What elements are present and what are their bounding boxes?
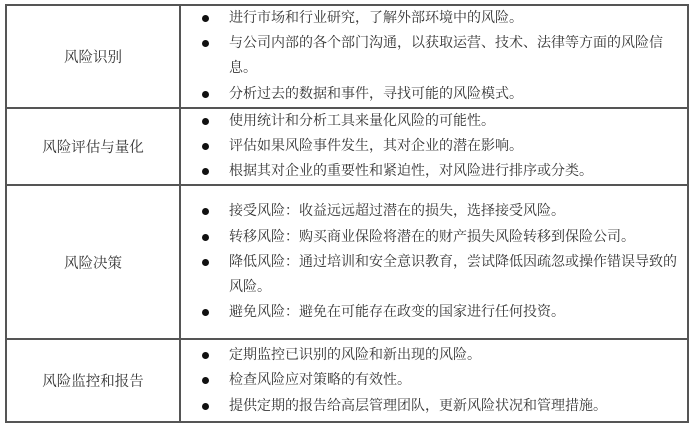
list-item: 提供定期的报告给高层管理团队，更新风险状况和管理措施。: [181, 394, 687, 419]
stage-items: 使用统计和分析工具来量化风险的可能性。 评估如果风险事件发生，其对企业的潜在影响…: [180, 108, 688, 186]
bullet-icon: [202, 15, 209, 22]
stage-label: 风险监控和报告: [6, 339, 180, 422]
list-item: 转移风险：购买商业保险将潜在的财产损失风险转移到保险公司。: [181, 225, 687, 250]
bullet-icon: [202, 377, 209, 384]
table-row: 风险决策 接受风险：收益远远超过潜在的损失，选择接受风险。 转移风险：购买商业保…: [6, 185, 688, 339]
bullet-icon: [202, 208, 209, 215]
list-item-text: 评估如果风险事件发生，其对企业的潜在影响。: [229, 138, 523, 154]
bullet-icon: [202, 234, 209, 241]
list-item: 定期监控已识别的风险和新出现的风险。: [181, 343, 687, 368]
bullet-icon: [202, 168, 209, 175]
stage-label: 风险评估与量化: [6, 108, 180, 186]
list-item: 避免风险：避免在可能存在政变的国家进行任何投资。: [181, 300, 687, 325]
bullet-list: 接受风险：收益远远超过潜在的损失，选择接受风险。 转移风险：购买商业保险将潜在的…: [181, 199, 687, 325]
bullet-icon: [202, 352, 209, 359]
list-item-text: 定期监控已识别的风险和新出现的风险。: [229, 347, 481, 363]
list-item-text: 避免风险：避免在可能存在政变的国家进行任何投资。: [229, 304, 565, 320]
risk-management-table: 风险识别 进行市场和行业研究，了解外部环境中的风险。 与公司内部的各个部门沟通，…: [5, 4, 689, 423]
bullet-list: 定期监控已识别的风险和新出现的风险。 检查风险应对策略的有效性。 提供定期的报告…: [181, 343, 687, 419]
table-row: 风险评估与量化 使用统计和分析工具来量化风险的可能性。 评估如果风险事件发生，其…: [6, 108, 688, 186]
list-item: 进行市场和行业研究，了解外部环境中的风险。: [181, 6, 687, 31]
list-item-text: 降低风险：通过培训和安全意识教育，尝试降低因疏忽或操作错误导致的风险。: [229, 254, 677, 295]
list-item: 降低风险：通过培训和安全意识教育，尝试降低因疏忽或操作错误导致的风险。: [181, 250, 687, 300]
list-item: 与公司内部的各个部门沟通，以获取运营、技术、法律等方面的风险信息。: [181, 31, 687, 81]
list-item-text: 接受风险：收益远远超过潜在的损失，选择接受风险。: [229, 203, 565, 219]
list-item-text: 分析过去的数据和事件，寻找可能的风险模式。: [229, 86, 523, 102]
list-item-text: 转移风险：购买商业保险将潜在的财产损失风险转移到保险公司。: [229, 229, 635, 245]
stage-label: 风险识别: [6, 5, 180, 108]
bullet-icon: [202, 143, 209, 150]
stage-items: 进行市场和行业研究，了解外部环境中的风险。 与公司内部的各个部门沟通，以获取运营…: [180, 5, 688, 108]
bullet-icon: [202, 309, 209, 316]
list-item: 分析过去的数据和事件，寻找可能的风险模式。: [181, 82, 687, 107]
stage-items: 接受风险：收益远远超过潜在的损失，选择接受风险。 转移风险：购买商业保险将潜在的…: [180, 185, 688, 339]
list-item-text: 提供定期的报告给高层管理团队，更新风险状况和管理措施。: [229, 398, 607, 414]
list-item-text: 检查风险应对策略的有效性。: [229, 372, 411, 388]
list-item: 根据其对企业的重要性和紧迫性，对风险进行排序或分类。: [181, 159, 687, 184]
stage-label: 风险决策: [6, 185, 180, 339]
list-item: 检查风险应对策略的有效性。: [181, 368, 687, 393]
list-item-text: 使用统计和分析工具来量化风险的可能性。: [229, 113, 495, 129]
stage-items: 定期监控已识别的风险和新出现的风险。 检查风险应对策略的有效性。 提供定期的报告…: [180, 339, 688, 422]
table-row: 风险监控和报告 定期监控已识别的风险和新出现的风险。 检查风险应对策略的有效性。…: [6, 339, 688, 422]
bullet-icon: [202, 118, 209, 125]
table-row: 风险识别 进行市场和行业研究，了解外部环境中的风险。 与公司内部的各个部门沟通，…: [6, 5, 688, 108]
list-item-text: 根据其对企业的重要性和紧迫性，对风险进行排序或分类。: [229, 163, 593, 179]
list-item-text: 与公司内部的各个部门沟通，以获取运营、技术、法律等方面的风险信息。: [229, 35, 663, 76]
list-item: 接受风险：收益远远超过潜在的损失，选择接受风险。: [181, 199, 687, 224]
bullet-list: 使用统计和分析工具来量化风险的可能性。 评估如果风险事件发生，其对企业的潜在影响…: [181, 109, 687, 185]
bullet-icon: [202, 403, 209, 410]
list-item-text: 进行市场和行业研究，了解外部环境中的风险。: [229, 10, 523, 26]
list-item: 使用统计和分析工具来量化风险的可能性。: [181, 109, 687, 134]
bullet-list: 进行市场和行业研究，了解外部环境中的风险。 与公司内部的各个部门沟通，以获取运营…: [181, 6, 687, 107]
bullet-icon: [202, 91, 209, 98]
list-item: 评估如果风险事件发生，其对企业的潜在影响。: [181, 134, 687, 159]
bullet-icon: [202, 40, 209, 47]
bullet-icon: [202, 259, 209, 266]
